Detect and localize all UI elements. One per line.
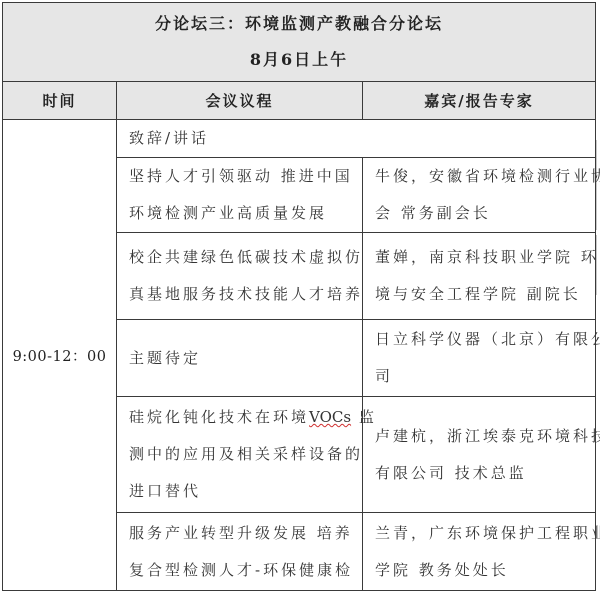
agenda-table: 分论坛三：环境监测产教融合分论坛 8月6日上午 时间 会议议程 嘉宾/报告专家 … bbox=[2, 2, 596, 591]
time-slot: 9:00-12：00 bbox=[3, 120, 117, 591]
speaker-cell: 董婵，南京科技职业学院 环 境与安全工程学院 副院长 bbox=[363, 233, 596, 320]
speaker-cell: 兰青，广东环境保护工程职业 学院 教务处处长 bbox=[363, 513, 596, 591]
forum-date: 8月6日上午 bbox=[3, 42, 595, 78]
column-header-speaker: 嘉宾/报告专家 bbox=[363, 82, 596, 120]
agenda-item: 服务产业转型升级发展 培养 复合型检测人才-环保健康检 bbox=[117, 513, 363, 591]
agenda-item: 主题待定 bbox=[117, 320, 363, 397]
column-header-agenda: 会议议程 bbox=[117, 82, 363, 120]
speaker-cell: 卢建杭，浙江埃泰克环境科技 有限公司 技术总监 bbox=[363, 397, 596, 513]
agenda-item: 校企共建绿色低碳技术虚拟仿 真基地服务技术技能人才培养 bbox=[117, 233, 363, 320]
speaker-cell: 日立科学仪器（北京）有限公 司 bbox=[363, 320, 596, 397]
spellcheck-underlined-term: VOCs bbox=[309, 408, 351, 426]
agenda-item: 坚持人才引领驱动 推进中国 环境检测产业高质量发展 bbox=[117, 158, 363, 233]
column-header-time: 时间 bbox=[3, 82, 117, 120]
agenda-item: 硅烷化钝化技术在环境VOCs 监 测中的应用及相关采样设备的 进口替代 bbox=[117, 397, 363, 513]
agenda-item: 致辞/讲话 bbox=[117, 120, 596, 158]
forum-title: 分论坛三：环境监测产教融合分论坛 bbox=[3, 6, 595, 42]
forum-title-cell: 分论坛三：环境监测产教融合分论坛 8月6日上午 bbox=[3, 3, 596, 82]
scan-artifact bbox=[596, 140, 597, 230]
speaker-cell: 牛俊，安徽省环境检测行业协 会 常务副会长 bbox=[363, 158, 596, 233]
table-row: 9:00-12：00 致辞/讲话 bbox=[3, 120, 596, 158]
